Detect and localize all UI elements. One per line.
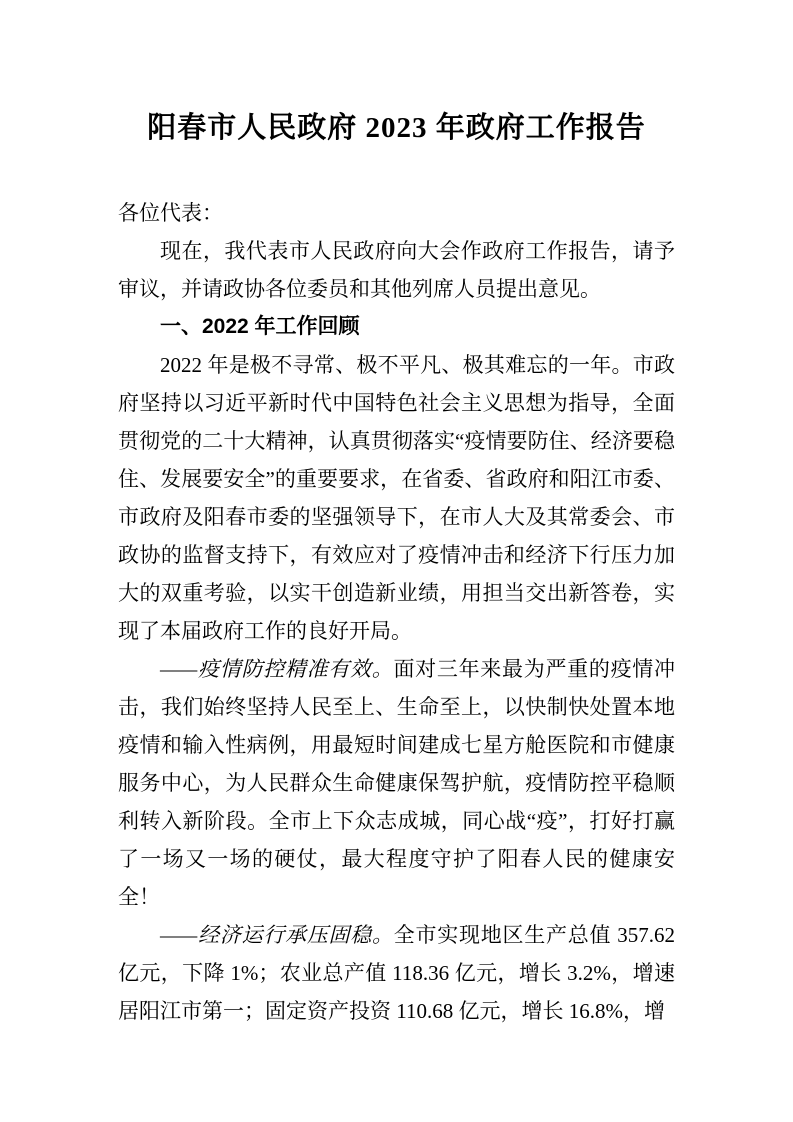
document-page: 阳春市人民政府 2023 年政府工作报告 各位代表： 现在，我代表市人民政府向大… (0, 0, 793, 1122)
paragraph-epidemic-text: 面对三年来最为严重的疫情冲击，我们始终坚持人民至上、生命至上，以快制快处置本地疫… (118, 657, 675, 909)
paragraph-year-review: 2022 年是极不寻常、极不平凡、极其难忘的一年。市政府坚持以习近平新时代中国特… (118, 346, 675, 650)
salutation: 各位代表： (118, 194, 675, 232)
paragraph-epidemic: ——疫情防控精准有效。面对三年来最为严重的疫情冲击，我们始终坚持人民至上、生命至… (118, 650, 675, 916)
paragraph-epidemic-lead: ——疫情防控精准有效。 (160, 657, 393, 681)
section-heading-2022-review: 一、2022 年工作回顾 (118, 308, 675, 346)
paragraph-economy: ——经济运行承压固稳。全市实现地区生产总值 357.62 亿元，下降 1%；农业… (118, 916, 675, 1030)
paragraph-intro: 现在，我代表市人民政府向大会作政府工作报告，请予审议，并请政协各位委员和其他列席… (118, 232, 675, 308)
page-content: 阳春市人民政府 2023 年政府工作报告 各位代表： 现在，我代表市人民政府向大… (0, 0, 793, 1030)
document-title: 阳春市人民政府 2023 年政府工作报告 (118, 108, 675, 148)
paragraph-economy-lead: ——经济运行承压固稳。 (160, 923, 394, 947)
document-body: 各位代表： 现在，我代表市人民政府向大会作政府工作报告，请予审议，并请政协各位委… (118, 194, 675, 1030)
